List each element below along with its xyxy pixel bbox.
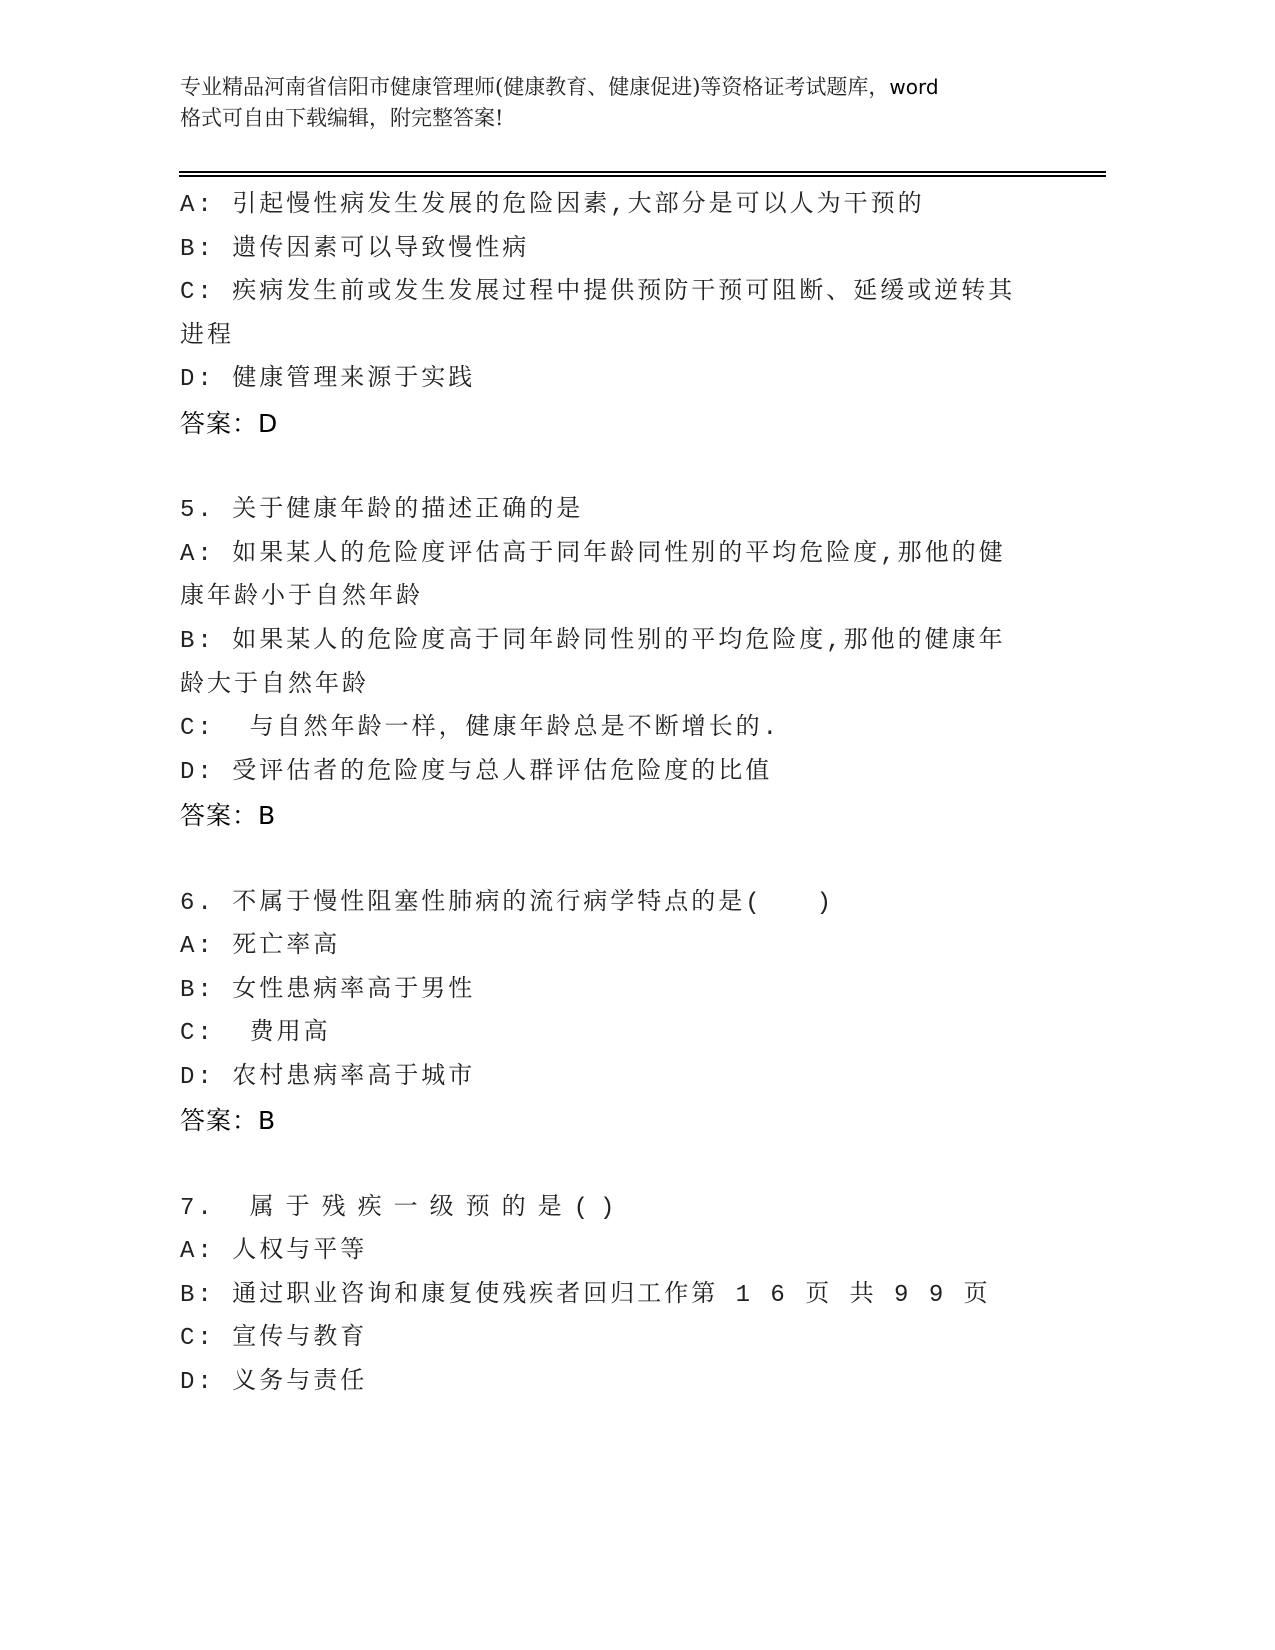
option-c-continued: 进程 bbox=[180, 315, 1040, 359]
question-stem: 6. 不属于慢性阻塞性肺病的流行病学特点的是( ) bbox=[180, 882, 1040, 926]
answer-line: 答案：B bbox=[180, 1099, 1040, 1143]
spacer bbox=[180, 446, 1040, 490]
page-header: 专业精品河南省信阳市健康管理师(健康教育、健康促进)等资格证考试题库，word … bbox=[180, 72, 1060, 134]
question-6: 6. 不属于慢性阻塞性肺病的流行病学特点的是( ) A: 死亡率高 B: 女性患… bbox=[180, 882, 1040, 1144]
option-c: C: 与自然年龄一样，健康年龄总是不断增长的. bbox=[180, 707, 1040, 751]
question-list: A: 引起慢性病发生发展的危险因素,大部分是可以人为干预的 B: 遗传因素可以导… bbox=[180, 184, 1040, 1405]
option-c: C: 费用高 bbox=[180, 1012, 1040, 1056]
document-page: 专业精品河南省信阳市健康管理师(健康教育、健康促进)等资格证考试题库，word … bbox=[0, 0, 1275, 1650]
option-b: B: 遗传因素可以导致慢性病 bbox=[180, 228, 1040, 272]
header-title-text: 专业精品河南省信阳市健康管理师(健康教育、健康促进)等资格证考试题库， bbox=[180, 75, 889, 99]
option-a: A: 如果某人的危险度评估高于同年龄同性别的平均危险度,那他的健 bbox=[180, 533, 1040, 577]
header-line-1: 专业精品河南省信阳市健康管理师(健康教育、健康促进)等资格证考试题库，word bbox=[180, 72, 1060, 103]
option-c: C: 宣传与教育 bbox=[180, 1317, 1040, 1361]
question-5: 5. 关于健康年龄的描述正确的是 A: 如果某人的危险度评估高于同年龄同性别的平… bbox=[180, 489, 1040, 838]
option-a: A: 死亡率高 bbox=[180, 925, 1040, 969]
option-b: B: 女性患病率高于男性 bbox=[180, 969, 1040, 1013]
option-a: A: 人权与平等 bbox=[180, 1230, 1040, 1274]
question-stem: 7. 属于残疾一级预的是() bbox=[180, 1187, 1040, 1231]
header-line-2: 格式可自由下载编辑，附完整答案! bbox=[180, 103, 1060, 134]
answer-line: 答案：B bbox=[180, 794, 1040, 838]
option-d: D: 受评估者的危险度与总人群评估危险度的比值 bbox=[180, 751, 1040, 795]
option-b-continued: 龄大于自然年龄 bbox=[180, 664, 1040, 708]
spacer bbox=[180, 838, 1040, 882]
spacer bbox=[180, 1143, 1040, 1187]
option-d: D: 义务与责任 bbox=[180, 1361, 1040, 1405]
header-rule-top bbox=[179, 171, 1106, 173]
option-b: B: 如果某人的危险度高于同年龄同性别的平均危险度,那他的健康年 bbox=[180, 620, 1040, 664]
option-c: C: 疾病发生前或发生发展过程中提供预防干预可阻断、延缓或逆转其 bbox=[180, 271, 1040, 315]
option-b: B: 通过职业咨询和康复使残疾者回归工作第 1 6 页 共 9 9 页 bbox=[180, 1274, 1040, 1318]
question-7: 7. 属于残疾一级预的是() A: 人权与平等 B: 通过职业咨询和康复使残疾者… bbox=[180, 1187, 1040, 1405]
answer-line: 答案：D bbox=[180, 402, 1040, 446]
header-rule-bottom bbox=[179, 175, 1106, 177]
question-4-continued: A: 引起慢性病发生发展的危险因素,大部分是可以人为干预的 B: 遗传因素可以导… bbox=[180, 184, 1040, 446]
option-a: A: 引起慢性病发生发展的危险因素,大部分是可以人为干预的 bbox=[180, 184, 1040, 228]
option-d: D: 健康管理来源于实践 bbox=[180, 358, 1040, 402]
question-stem: 5. 关于健康年龄的描述正确的是 bbox=[180, 489, 1040, 533]
header-word-text: word bbox=[889, 75, 938, 99]
option-a-continued: 康年龄小于自然年龄 bbox=[180, 576, 1040, 620]
option-d: D: 农村患病率高于城市 bbox=[180, 1056, 1040, 1100]
